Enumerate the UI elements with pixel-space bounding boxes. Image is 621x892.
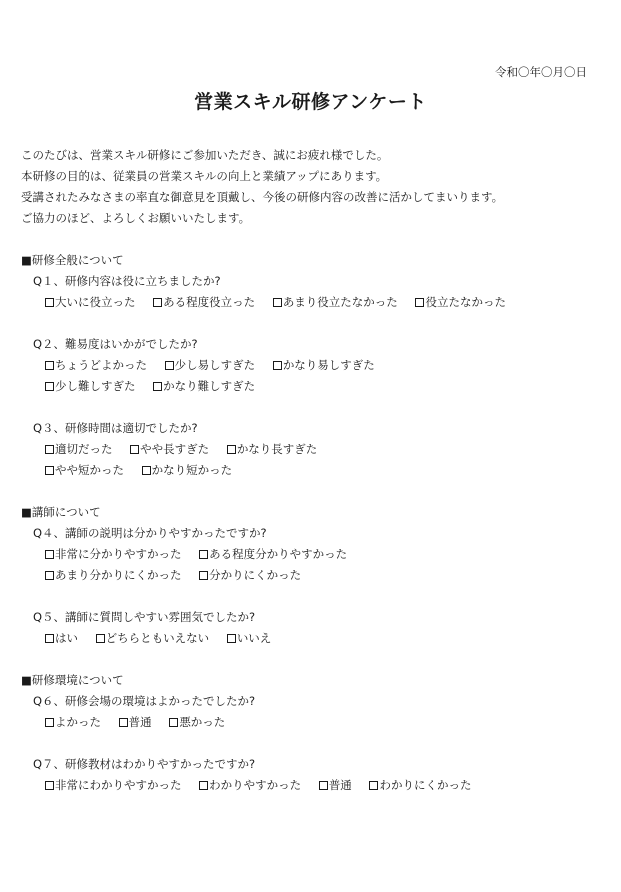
option-checkbox[interactable]: 非常にわかりやすかった — [45, 775, 182, 796]
options-line: あまり分かりにくかった 分かりにくかった — [33, 565, 611, 586]
option-label: ちょうどよかった — [55, 358, 147, 372]
spacer — [21, 481, 611, 502]
option-label: どちらともいえない — [106, 631, 210, 645]
checkbox-icon[interactable] — [169, 718, 178, 727]
question-text: Q７、研修教材はわかりやすかったですか? — [33, 754, 611, 775]
section-instructor: ■講師について Q４、講師の説明は分かりやすかったですか? 非常に分かりやすかっ… — [21, 502, 611, 649]
options-line: 非常にわかりやすかった わかりやすかった 普通 わかりにくかった — [33, 775, 611, 796]
option-checkbox[interactable]: 適切だった — [45, 439, 113, 460]
option-checkbox[interactable]: 大いに役立った — [45, 292, 136, 313]
section-heading: ■研修全般について — [21, 250, 611, 271]
option-checkbox[interactable]: どちらともいえない — [96, 628, 210, 649]
intro-line: ご協力のほど、よろしくお願いいたします。 — [21, 208, 611, 229]
option-label: はい — [55, 631, 78, 645]
intro-line: このたびは、営業スキル研修にご参加いただき、誠にお疲れ様でした。 — [21, 145, 611, 166]
options-line: ちょうどよかった 少し易しすぎた かなり易しすぎた — [33, 355, 611, 376]
checkbox-icon[interactable] — [130, 445, 139, 454]
option-label: あまり役立たなかった — [283, 295, 398, 309]
checkbox-icon[interactable] — [119, 718, 128, 727]
checkbox-icon[interactable] — [369, 781, 378, 790]
checkbox-icon[interactable] — [319, 781, 328, 790]
option-checkbox[interactable]: あまり役立たなかった — [273, 292, 398, 313]
section-environment: ■研修環境について Q６、研修会場の環境はよかったでしたか? よかった 普通 悪… — [21, 670, 611, 796]
question-text: Q２、難易度はいかがでしたか? — [33, 334, 611, 355]
option-label: わかりやすかった — [209, 778, 301, 792]
option-checkbox[interactable]: 分かりにくかった — [199, 565, 301, 586]
spacer — [21, 733, 611, 754]
intro-line: 本研修の目的は、従業員の営業スキルの向上と業績アップにあります。 — [21, 166, 611, 187]
option-checkbox[interactable]: かなり短かった — [142, 460, 233, 481]
option-checkbox[interactable]: あまり分かりにくかった — [45, 565, 182, 586]
checkbox-icon[interactable] — [45, 781, 54, 790]
option-label: 少し難しすぎた — [55, 379, 136, 393]
option-checkbox[interactable]: 普通 — [119, 712, 152, 733]
intro-line: 受講されたみなさまの率直な御意見を頂戴し、今後の研修内容の改善に活かしてまいりま… — [21, 187, 611, 208]
option-label: 非常にわかりやすかった — [55, 778, 182, 792]
checkbox-icon[interactable] — [227, 445, 236, 454]
option-label: あまり分かりにくかった — [55, 568, 182, 582]
checkbox-icon[interactable] — [199, 571, 208, 580]
spacer — [21, 649, 611, 670]
section-heading: ■講師について — [21, 502, 611, 523]
survey-sections: ■研修全般について Q１、研修内容は役に立ちましたか? 大いに役立った ある程度… — [21, 250, 611, 796]
option-label: ある程度分かりやすかった — [209, 547, 347, 561]
option-checkbox[interactable]: わかりにくかった — [369, 775, 471, 796]
option-checkbox[interactable]: 少し難しすぎた — [45, 376, 136, 397]
options-line: 少し難しすぎた かなり難しすぎた — [33, 376, 611, 397]
option-label: 普通 — [129, 715, 152, 729]
question-text: Q６、研修会場の環境はよかったでしたか? — [33, 691, 611, 712]
spacer — [21, 397, 611, 418]
question-q6: Q６、研修会場の環境はよかったでしたか? よかった 普通 悪かった — [21, 691, 611, 733]
checkbox-icon[interactable] — [45, 382, 54, 391]
options-line: やや短かった かなり短かった — [33, 460, 611, 481]
question-q4: Q４、講師の説明は分かりやすかったですか? 非常に分かりやすかった ある程度分か… — [21, 523, 611, 586]
checkbox-icon[interactable] — [45, 466, 54, 475]
option-checkbox[interactable]: かなり易しすぎた — [273, 355, 375, 376]
checkbox-icon[interactable] — [45, 445, 54, 454]
checkbox-icon[interactable] — [165, 361, 174, 370]
option-checkbox[interactable]: 普通 — [319, 775, 352, 796]
section-general: ■研修全般について Q１、研修内容は役に立ちましたか? 大いに役立った ある程度… — [21, 250, 611, 481]
option-label: かなり難しすぎた — [163, 379, 255, 393]
spacer — [21, 586, 611, 607]
checkbox-icon[interactable] — [227, 634, 236, 643]
options-line: よかった 普通 悪かった — [33, 712, 611, 733]
checkbox-icon[interactable] — [273, 298, 282, 307]
option-checkbox[interactable]: 悪かった — [169, 712, 225, 733]
checkbox-icon[interactable] — [45, 550, 54, 559]
checkbox-icon[interactable] — [96, 634, 105, 643]
option-label: 分かりにくかった — [209, 568, 301, 582]
question-text: Q３、研修時間は適切でしたか? — [33, 418, 611, 439]
option-label: わかりにくかった — [379, 778, 471, 792]
option-label: 大いに役立った — [55, 295, 136, 309]
option-checkbox[interactable]: いいえ — [227, 628, 272, 649]
spacer — [21, 313, 611, 334]
question-q3: Q３、研修時間は適切でしたか? 適切だった やや長すぎた かなり長すぎた やや短… — [21, 418, 611, 481]
question-q5: Q５、講師に質問しやすい雰囲気でしたか? はい どちらともいえない いいえ — [21, 607, 611, 649]
option-label: かなり易しすぎた — [283, 358, 375, 372]
option-checkbox[interactable]: やや長すぎた — [130, 439, 209, 460]
checkbox-icon[interactable] — [153, 382, 162, 391]
checkbox-icon[interactable] — [415, 298, 424, 307]
intro-paragraph: このたびは、営業スキル研修にご参加いただき、誠にお疲れ様でした。 本研修の目的は… — [21, 145, 611, 229]
option-label: かなり長すぎた — [237, 442, 318, 456]
option-label: 悪かった — [179, 715, 225, 729]
option-checkbox[interactable]: はい — [45, 628, 78, 649]
checkbox-icon[interactable] — [45, 361, 54, 370]
option-label: ある程度役立った — [163, 295, 255, 309]
survey-page: 令和〇年〇月〇日 営業スキル研修アンケート このたびは、営業スキル研修にご参加い… — [0, 0, 621, 892]
option-checkbox[interactable]: やや短かった — [45, 460, 124, 481]
checkbox-icon[interactable] — [45, 718, 54, 727]
question-text: Q５、講師に質問しやすい雰囲気でしたか? — [33, 607, 611, 628]
option-checkbox[interactable]: よかった — [45, 712, 101, 733]
checkbox-icon[interactable] — [199, 781, 208, 790]
checkbox-icon[interactable] — [45, 298, 54, 307]
options-line: はい どちらともいえない いいえ — [33, 628, 611, 649]
section-heading: ■研修環境について — [21, 670, 611, 691]
option-checkbox[interactable]: ちょうどよかった — [45, 355, 147, 376]
checkbox-icon[interactable] — [45, 571, 54, 580]
option-label: いいえ — [237, 631, 272, 645]
question-q2: Q２、難易度はいかがでしたか? ちょうどよかった 少し易しすぎた かなり易しすぎ… — [21, 334, 611, 397]
question-q1: Q１、研修内容は役に立ちましたか? 大いに役立った ある程度役立った あまり役立… — [21, 271, 611, 313]
option-checkbox[interactable]: かなり難しすぎた — [153, 376, 255, 397]
checkbox-icon[interactable] — [153, 298, 162, 307]
option-label: 役立たなかった — [425, 295, 506, 309]
checkbox-icon[interactable] — [142, 466, 151, 475]
question-text: Q４、講師の説明は分かりやすかったですか? — [33, 523, 611, 544]
question-q7: Q７、研修教材はわかりやすかったですか? 非常にわかりやすかった わかりやすかっ… — [21, 754, 611, 796]
page-title: 営業スキル研修アンケート — [0, 88, 621, 116]
option-checkbox[interactable]: かなり長すぎた — [227, 439, 318, 460]
option-label: やや短かった — [55, 463, 124, 477]
option-checkbox[interactable]: わかりやすかった — [199, 775, 301, 796]
option-checkbox[interactable]: ある程度役立った — [153, 292, 255, 313]
option-label: かなり短かった — [152, 463, 233, 477]
option-label: 普通 — [329, 778, 352, 792]
question-text: Q１、研修内容は役に立ちましたか? — [33, 271, 611, 292]
checkbox-icon[interactable] — [199, 550, 208, 559]
option-checkbox[interactable]: ある程度分かりやすかった — [199, 544, 347, 565]
option-label: 適切だった — [55, 442, 113, 456]
option-label: よかった — [55, 715, 101, 729]
option-checkbox[interactable]: 役立たなかった — [415, 292, 506, 313]
option-label: やや長すぎた — [140, 442, 209, 456]
option-checkbox[interactable]: 非常に分かりやすかった — [45, 544, 182, 565]
checkbox-icon[interactable] — [273, 361, 282, 370]
option-checkbox[interactable]: 少し易しすぎた — [165, 355, 256, 376]
option-label: 非常に分かりやすかった — [55, 547, 182, 561]
options-line: 適切だった やや長すぎた かなり長すぎた — [33, 439, 611, 460]
document-date: 令和〇年〇月〇日 — [495, 62, 587, 82]
checkbox-icon[interactable] — [45, 634, 54, 643]
options-line: 非常に分かりやすかった ある程度分かりやすかった — [33, 544, 611, 565]
options-line: 大いに役立った ある程度役立った あまり役立たなかった 役立たなかった — [33, 292, 611, 313]
option-label: 少し易しすぎた — [175, 358, 256, 372]
